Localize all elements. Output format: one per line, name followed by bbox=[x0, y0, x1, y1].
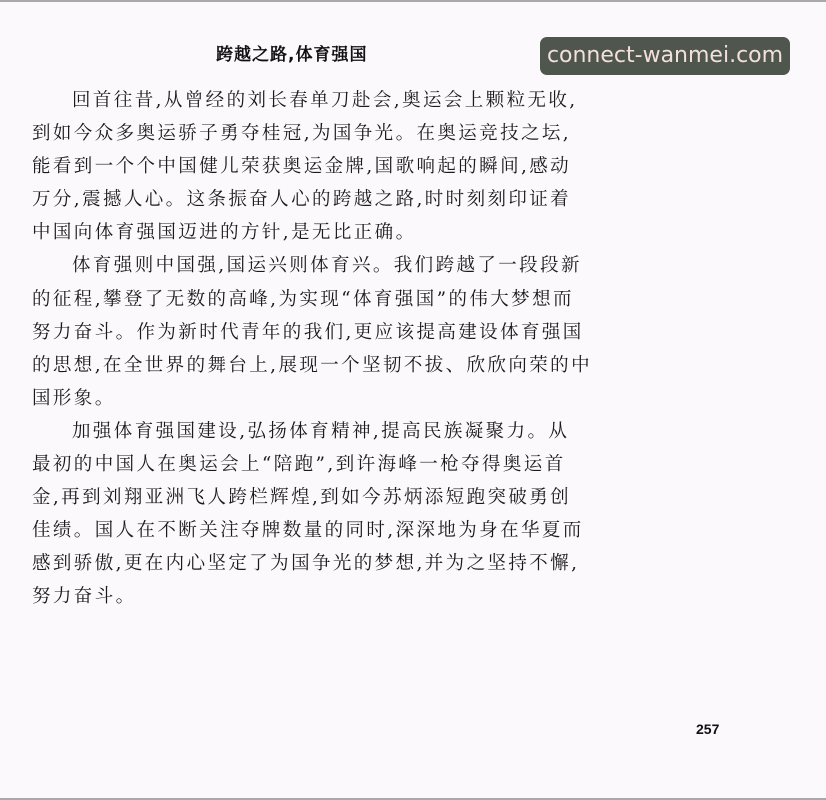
text-line: 努力奋斗。 bbox=[32, 580, 592, 613]
page-number: 257 bbox=[696, 721, 719, 737]
text-line: 中国向体育强国迈进的方针,是无比正确。 bbox=[32, 216, 592, 249]
text-line: 佳绩。国人在不断关注夺牌数量的同时,深深地为身在华夏而 bbox=[32, 514, 592, 547]
paragraph-2: 体育强则中国强,国运兴则体育兴。我们跨越了一段段新 的征程,攀登了无数的高峰,为… bbox=[32, 249, 592, 414]
top-border bbox=[0, 0, 826, 2]
text-line: 体育强则中国强,国运兴则体育兴。我们跨越了一段段新 bbox=[32, 249, 592, 282]
watermark-badge: connect-wanmei.com bbox=[540, 37, 790, 75]
text-line: 万分,震撼人心。这条振奋人心的跨越之路,时时刻刻印证着 bbox=[32, 183, 592, 216]
page-title: 跨越之路,体育强国 bbox=[216, 40, 367, 65]
text-line: 最初的中国人在奥运会上“陪跑”,到许海峰一枪夺得奥运首 bbox=[32, 448, 592, 481]
text-line: 加强体育强国建设,弘扬体育精神,提高民族凝聚力。从 bbox=[32, 415, 592, 448]
text-line: 的思想,在全世界的舞台上,展现一个坚韧不拔、欣欣向荣的中 bbox=[32, 349, 592, 382]
text-line: 国形象。 bbox=[32, 382, 592, 415]
text-line: 金,再到刘翔亚洲飞人跨栏辉煌,到如今苏炳添短跑突破勇创 bbox=[32, 481, 592, 514]
text-line: 的征程,攀登了无数的高峰,为实现“体育强国”的伟大梦想而 bbox=[32, 283, 592, 316]
body-text: 回首往昔,从曾经的刘长春单刀赴会,奥运会上颗粒无收, 到如今众多奥运骄子勇夺桂冠… bbox=[32, 84, 592, 614]
text-line: 到如今众多奥运骄子勇夺桂冠,为国争光。在奥运竞技之坛, bbox=[32, 117, 592, 150]
paragraph-3: 加强体育强国建设,弘扬体育精神,提高民族凝聚力。从 最初的中国人在奥运会上“陪跑… bbox=[32, 415, 592, 614]
text-line: 能看到一个个中国健儿荣获奥运金牌,国歌响起的瞬间,感动 bbox=[32, 150, 592, 183]
paragraph-1: 回首往昔,从曾经的刘长春单刀赴会,奥运会上颗粒无收, 到如今众多奥运骄子勇夺桂冠… bbox=[32, 84, 592, 249]
text-line: 努力奋斗。作为新时代青年的我们,更应该提高建设体育强国 bbox=[32, 316, 592, 349]
text-line: 回首往昔,从曾经的刘长春单刀赴会,奥运会上颗粒无收, bbox=[32, 84, 592, 117]
text-line: 感到骄傲,更在内心坚定了为国争光的梦想,并为之坚持不懈, bbox=[32, 547, 592, 580]
